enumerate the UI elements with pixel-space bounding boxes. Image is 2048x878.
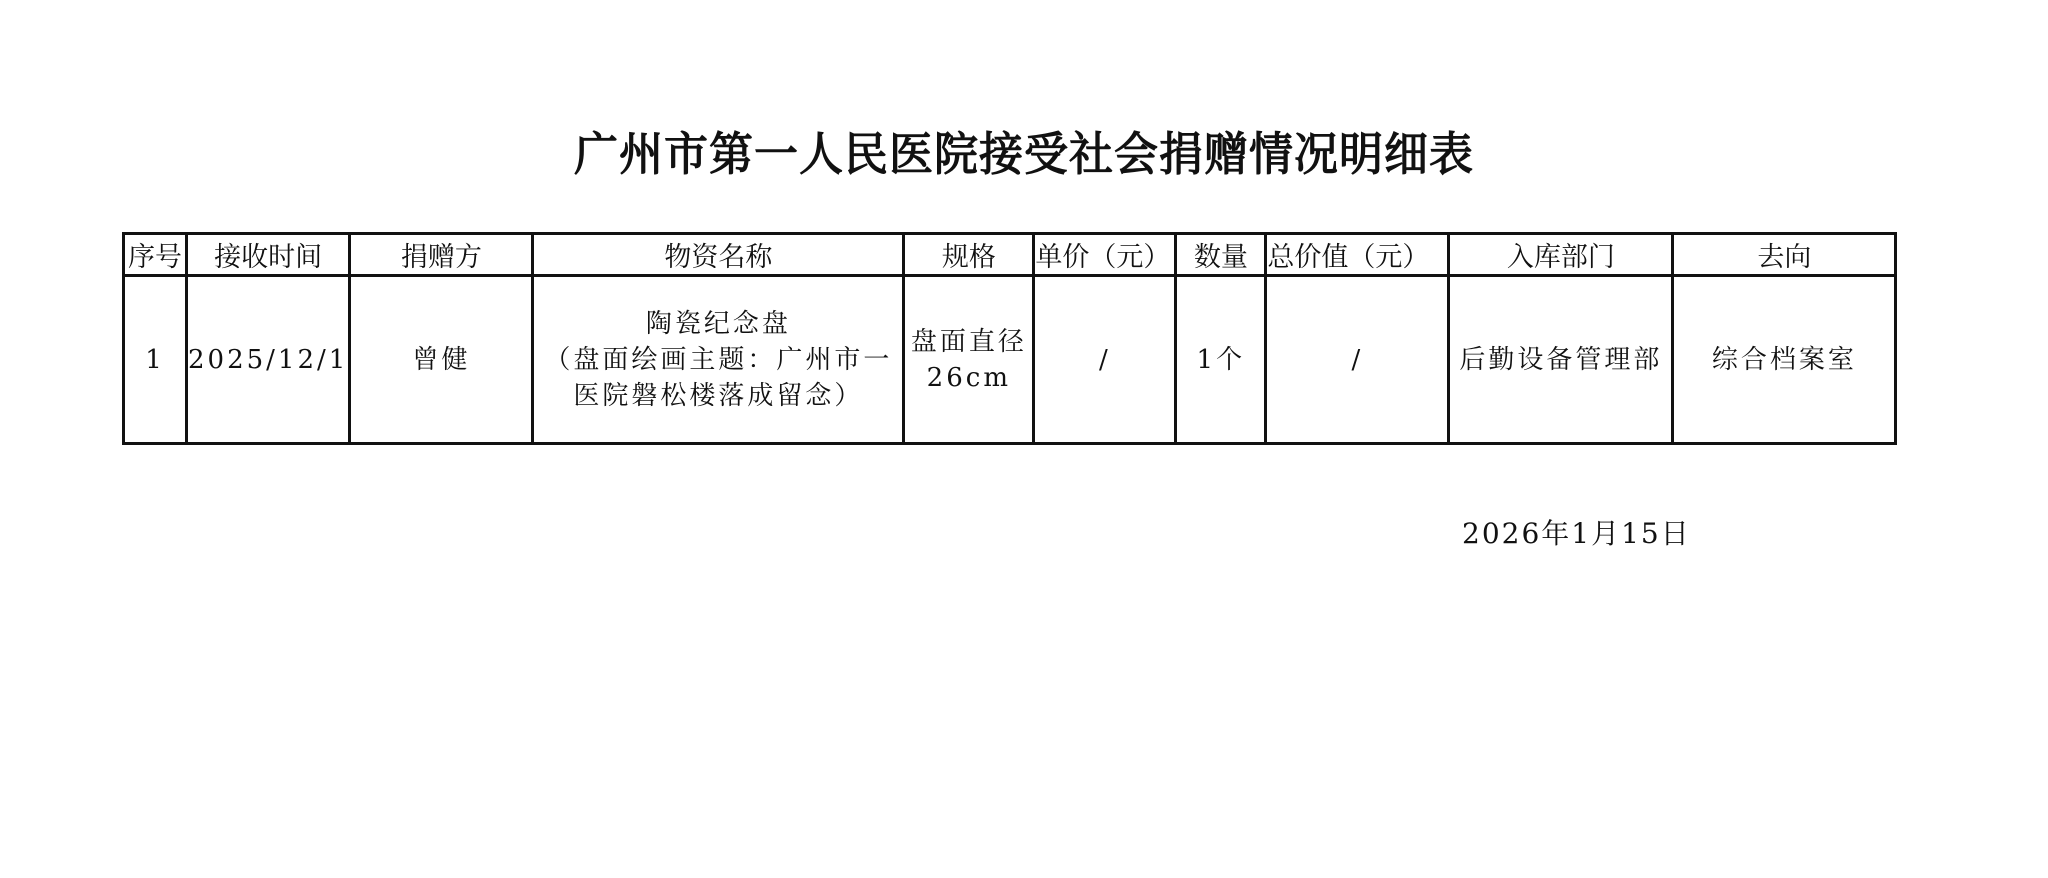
header-unit-price: 单价（元）	[1034, 234, 1176, 276]
cell-item-name: 陶瓷纪念盘 （盘面绘画主题：广州市一 医院磐松楼落成留念）	[533, 276, 904, 444]
cell-spec: 盘面直径 26cm	[904, 276, 1034, 444]
item-name-line: 医院磐松楼落成留念）	[534, 378, 902, 414]
cell-received-date: 2025/12/1	[187, 276, 350, 444]
cell-index: 1	[124, 276, 187, 444]
header-index: 序号	[124, 234, 187, 276]
cell-quantity: 1个	[1176, 276, 1266, 444]
header-destination: 去向	[1673, 234, 1896, 276]
header-quantity: 数量	[1176, 234, 1266, 276]
table-row: 1 2025/12/1 曾健 陶瓷纪念盘 （盘面绘画主题：广州市一 医院磐松楼落…	[124, 276, 1896, 444]
header-received-date: 接收时间	[187, 234, 350, 276]
spec-line: 盘面直径	[905, 324, 1032, 360]
item-name-line: （盘面绘画主题：广州市一	[534, 342, 902, 378]
page-title: 广州市第一人民医院接受社会捐赠情况明细表	[0, 116, 2048, 183]
spec-line: 26cm	[905, 360, 1032, 396]
cell-donor: 曾健	[350, 276, 533, 444]
header-department: 入库部门	[1449, 234, 1673, 276]
document-date: 2026年1月15日	[1462, 512, 1691, 552]
item-name-line: 陶瓷纪念盘	[534, 306, 902, 342]
header-total-value: 总价值（元）	[1266, 234, 1449, 276]
header-item-name: 物资名称	[533, 234, 904, 276]
cell-unit-price: /	[1034, 276, 1176, 444]
cell-total-value: /	[1266, 276, 1449, 444]
cell-department: 后勤设备管理部	[1449, 276, 1673, 444]
donation-detail-table: 序号 接收时间 捐赠方 物资名称 规格 单价（元） 数量 总价值（元） 入库部门…	[122, 232, 1897, 445]
cell-destination: 综合档案室	[1673, 276, 1896, 444]
header-spec: 规格	[904, 234, 1034, 276]
header-donor: 捐赠方	[350, 234, 533, 276]
table-header-row: 序号 接收时间 捐赠方 物资名称 规格 单价（元） 数量 总价值（元） 入库部门…	[124, 234, 1896, 276]
